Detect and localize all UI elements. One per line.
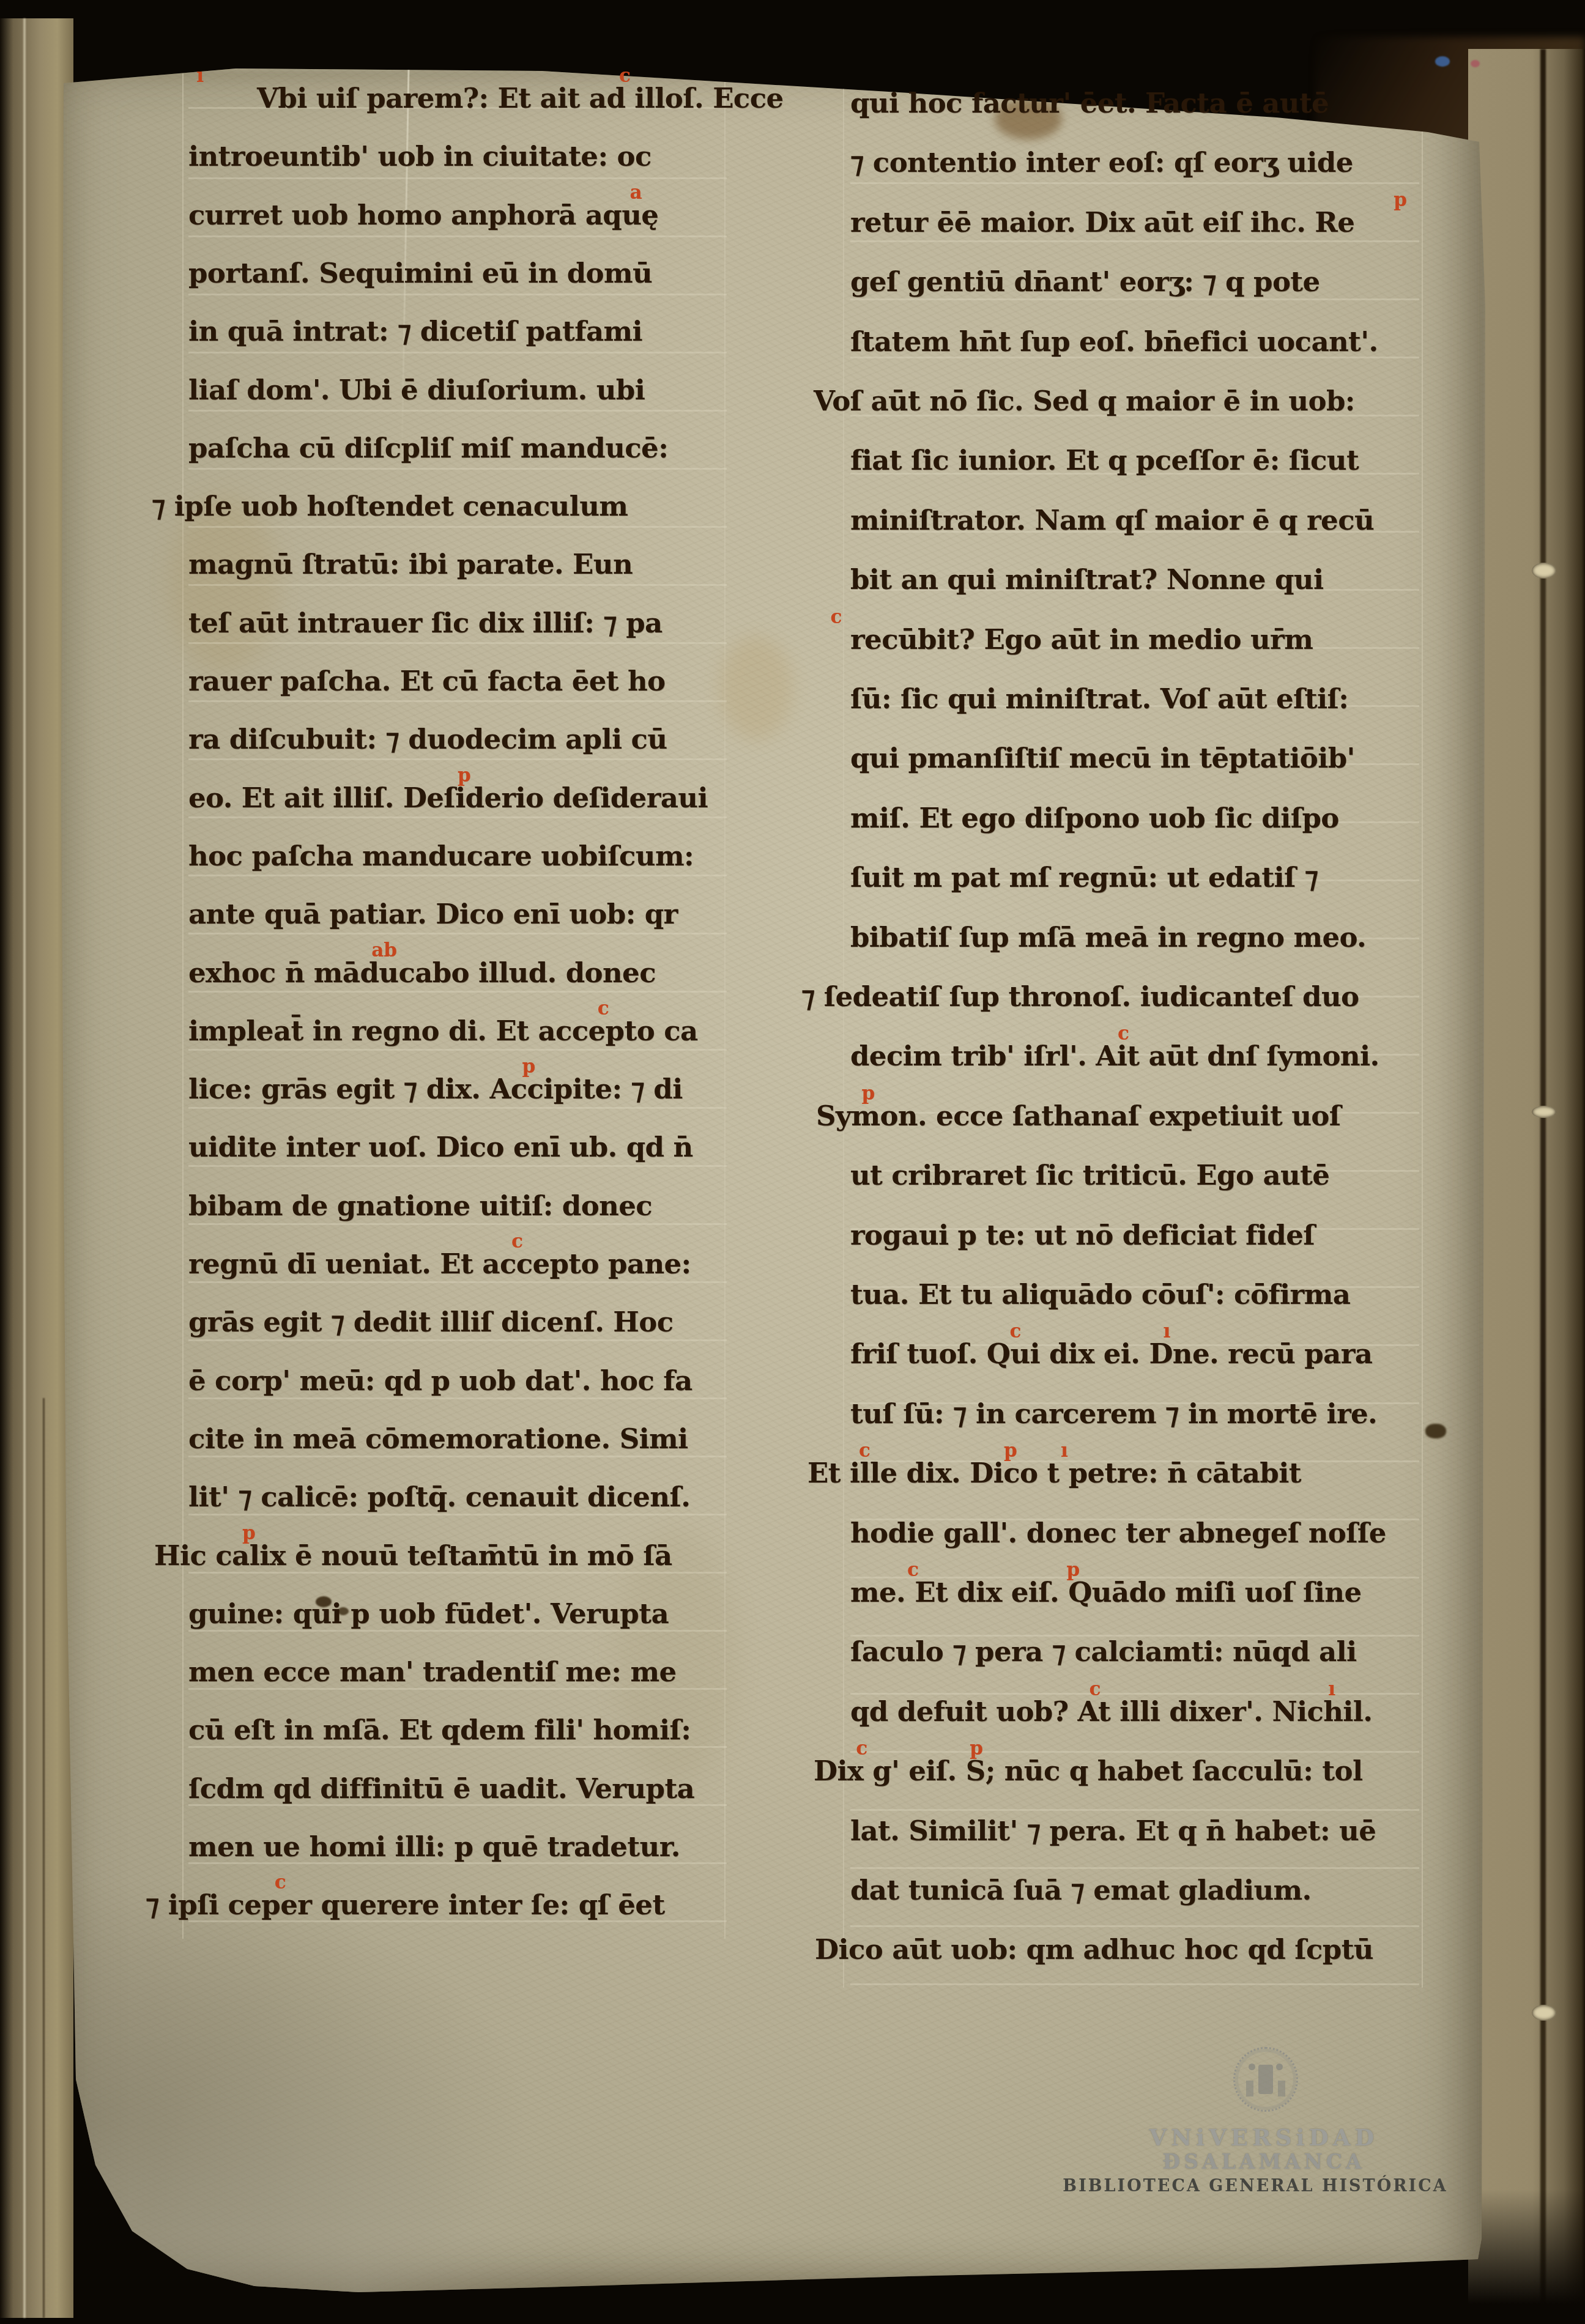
text-line: ſaculo ⁊ pera ⁊ calciamti: nūqd ali [850, 1635, 1357, 1668]
rubric-mark: p [1066, 1559, 1080, 1581]
text-line: Dix g' eiſ. S; nūc q habet ſacculū: tol [814, 1755, 1362, 1787]
sewing-knot [1532, 2005, 1556, 2021]
text-line: lice: grās egit ⁊ dix. Accipite: ⁊ di [188, 1073, 683, 1105]
rubric-mark: p [522, 1056, 536, 1078]
text-line: portanſ. Sequimini eū in domū [188, 257, 652, 289]
seal-detail [1249, 2063, 1255, 2070]
text-line: ⁊ contentio inter eoſ: qſ eorʒ uide [850, 146, 1353, 179]
edge-shadow [1468, 2189, 1585, 2324]
gutter-crease [1540, 49, 1546, 2324]
text-line: rauer paſcha. Et cū facta ēet ho [188, 665, 665, 697]
text-line: uidite inter uoſ. Dico enī ub. qd n̄ [188, 1131, 693, 1163]
text-line: exhoc n̄ māducabo illud. donec [188, 957, 656, 989]
text-line: decim trib' iſrl'. Ait aūt dnſ ſymoni. [850, 1040, 1379, 1072]
text-column-right: qui hoc factur' ēet. Facta ē autē⁊ conte… [850, 87, 1419, 1995]
text-line: guine: qui p uob fūdet'. Verupta [188, 1597, 669, 1630]
text-line: dat tunicā ſuā ⁊ emat gladium. [850, 1874, 1312, 1906]
rubric-mark: c [859, 1440, 870, 1462]
text-line: Symon. ecce ſathanaſ expetiuit uoſ [816, 1100, 1341, 1132]
text-line: miniſtrator. Nam qſ maior ē q recū [850, 504, 1374, 536]
text-line: ante quā patiar. Dico enī uob: qr [188, 898, 678, 930]
fore-edge-right [1468, 49, 1585, 2324]
manuscript-photo: Vbi uiſ parem?: Et ait ad illoſ. Ecceint… [0, 0, 1585, 2324]
stamp-university-name2: ĐSALAMANCA [1162, 2150, 1365, 2174]
text-line: cite in meā cōmemoratione. Simi [188, 1423, 688, 1455]
rubric-mark: p [1004, 1440, 1017, 1462]
rubric-mark: ı [196, 65, 204, 87]
rubric-mark: p [242, 1522, 256, 1544]
seal-detail [1246, 2081, 1253, 2096]
rubric-mark: c [907, 1559, 919, 1581]
text-line: curret uob homo anphorā aquę [188, 199, 658, 231]
text-line: rogaui p te: ut nō deficiat fideſ [850, 1219, 1315, 1251]
rubric-mark: a [630, 182, 642, 204]
text-line: recūbit? Ego aūt in medio ur̄m [850, 623, 1313, 656]
rubric-mark: ı [1164, 1320, 1171, 1342]
text-line: geſ gentiū dn̄ant' eorʒ: ⁊ q pote [850, 265, 1320, 298]
rubric-mark: c [1009, 1320, 1021, 1342]
text-line: paſcha cū diſcpliſ miſ manducē: [188, 432, 668, 464]
text-line: grās egit ⁊ dedit illiſ dicenſ. Hoc [188, 1306, 673, 1338]
text-line: cū eſt in mſā. Et qdem fili' homiſ: [188, 1714, 691, 1746]
text-line: hoc paſcha manducare uobiſcum: [188, 840, 694, 872]
university-seal-icon [1233, 2047, 1298, 2112]
text-line: retur ēē maior. Dix aūt eiſ ihc. Re [850, 206, 1354, 239]
text-line: introeuntib' uob in ciuitate: oc [188, 140, 651, 172]
library-stamp: VNiVERSiDAD ĐSALAMANCA BIBLIOTECA GENERA… [1119, 2046, 1407, 2211]
text-line: ſtatem hn̄t ſup eoſ. bn̄efici uocant'. [850, 325, 1378, 358]
text-line: tua. Et tu aliquādo cōuſ': cōfirma [850, 1278, 1350, 1311]
text-line: qd defuit uob? At illi dixer'. Nichil. [850, 1695, 1372, 1728]
text-line: qui hoc factur' ēet. Facta ē autē [850, 87, 1329, 119]
text-line: ut cribraret ſic triticū. Ego autē [850, 1159, 1329, 1191]
text-column-left: Vbi uiſ parem?: Et ait ad illoſ. Ecceint… [188, 82, 727, 1953]
seal-detail [1276, 2063, 1283, 2070]
rubric-mark: p [1394, 189, 1407, 211]
stamp-university-name: VNiVERSiDAD [1149, 2124, 1379, 2151]
seal-detail [1278, 2081, 1285, 2096]
text-line: lit' ⁊ calicē: poſtq̄. cenauit dicenſ. [188, 1481, 690, 1513]
text-line: ſuit m pat mſ regnū: ut edatiſ ⁊ [850, 861, 1318, 894]
text-line: in quā intrat: ⁊ dicetiſ patfami [188, 315, 642, 347]
text-line: me. Et dix eiſ. Quādo miſi uoſ ſine [850, 1576, 1361, 1608]
rubric-mark: p [970, 1737, 983, 1760]
text-line: bibatiſ ſup mſā meā in regno meo. [850, 921, 1366, 953]
ruling-line-vertical [843, 80, 844, 1988]
rubric-mark: c [511, 1230, 523, 1253]
rubric-mark: p [862, 1082, 875, 1105]
rubric-mark: c [619, 65, 631, 87]
blue-speck [1435, 56, 1450, 67]
rubric-mark: ab [371, 939, 397, 961]
text-line: eo. Et ait illiſ. Deſiderio deſideraui [188, 782, 708, 814]
red-speck [1471, 60, 1480, 67]
ruling-line-vertical [182, 73, 184, 1939]
text-line: qui pmanſiſtiſ mecū in tēptatiōib' [850, 742, 1355, 774]
text-line: bit an qui miniſtrat? Nonne qui [850, 563, 1323, 596]
text-line: ra diſcubuit: ⁊ duodecim apli cū [188, 723, 667, 755]
rubric-mark: p [458, 764, 471, 786]
seal-crest [1258, 2065, 1273, 2094]
rubric-mark: c [598, 997, 609, 1020]
rubric-mark: c [275, 1871, 286, 1893]
text-line: lat. Similit' ⁊ pera. Et q n̄ habet: uē [850, 1815, 1376, 1847]
text-line: magnū ſtratū: ibi parate. Eun [188, 548, 633, 580]
text-line: ſū: ſic qui miniſtrat. Voſ aūt eſtiſ: [850, 683, 1348, 715]
text-line: tuſ ſū: ⁊ in carcerem ⁊ in mortē ire. [850, 1397, 1377, 1430]
text-line: friſ tuoſ. Qui dix ei. Dne. recū para [850, 1338, 1372, 1370]
rubric-mark: ı [1061, 1440, 1068, 1462]
text-line: Voſ aūt nō ſic. Sed q maior ē in uob: [814, 385, 1355, 417]
rubric-mark: c [1089, 1678, 1101, 1700]
text-line: men ue homi illi: p quē tradetur. [188, 1830, 680, 1863]
stain [719, 636, 793, 740]
text-line: Et ille dix. Dico t petre: n̄ cātabit [807, 1457, 1301, 1489]
text-line: impleat̄ in regno di. Et accepto ca [188, 1015, 698, 1047]
rubric-mark: c [856, 1737, 867, 1760]
text-line: ⁊ ſedeatiſ ſup thronoſ. iudicanteſ duo [801, 980, 1359, 1013]
parchment-hole [1425, 1424, 1446, 1438]
text-line: hodie gall'. donec ter abnegeſ noſſe [850, 1517, 1386, 1549]
rubric-mark: ı [1328, 1678, 1335, 1700]
text-line: ⁊ ipſe uob hoſtendet cenaculum [152, 490, 628, 522]
text-line: Vbi uiſ parem?: Et ait ad illoſ. Ecce [257, 82, 783, 114]
page-edges-left [0, 18, 73, 2318]
sewing-knot [1532, 1106, 1556, 1118]
text-line: ⁊ ipſi ceper querere inter ſe: qſ ēet [146, 1889, 665, 1921]
text-line: regnū dī ueniat. Et accepto pane: [188, 1248, 691, 1280]
text-line: miſ. Et ego diſpono uob ſic diſpo [850, 802, 1339, 834]
text-line: liaſ dom'. Ubi ē diuſorium. ubi [188, 374, 645, 406]
text-line: teſ aūt intrauer ſic dix illiſ: ⁊ pa [188, 607, 663, 639]
text-line: bibam de gnatione uitiſ: donec [188, 1190, 652, 1222]
sewing-knot [1532, 563, 1556, 579]
text-line: Hic calix ē nouū teſtam̄tū in mō ſā [154, 1539, 672, 1572]
text-line: men ecce man' tradentiſ me: me [188, 1656, 676, 1688]
stamp-library-name: BIBLIOTECA GENERAL HISTÓRICA [1063, 2177, 1447, 2196]
text-line: fiat ſic iunior. Et q pceſſor ē: ſicut [850, 444, 1359, 476]
text-line: ſcdm qd diffinitū ē uadit. Verupta [188, 1772, 694, 1805]
rubric-mark: c [830, 606, 842, 628]
ruling-line-vertical [1422, 80, 1423, 1988]
rubric-mark: c [1118, 1023, 1129, 1045]
text-line: ē corp' meū: qd p uob dat'. hoc fa [188, 1364, 692, 1397]
text-line: Dico aūt uob: qm adhuc hoc qd ſcptū [815, 1933, 1373, 1966]
